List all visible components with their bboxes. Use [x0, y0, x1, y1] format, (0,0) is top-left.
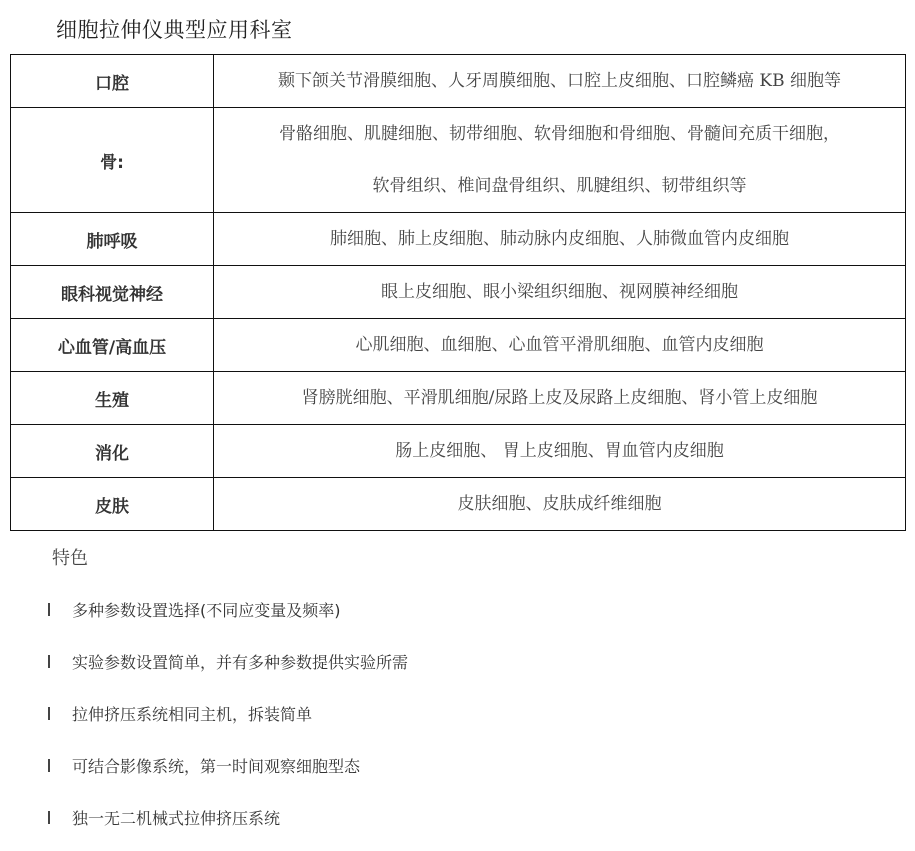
page-title: 细胞拉伸仪典型应用科室	[56, 14, 293, 44]
cell-types-cell: 皮肤细胞、皮肤成纤维细胞	[214, 478, 906, 531]
department-cell: 皮肤	[11, 478, 214, 531]
table-row: 皮肤 皮肤细胞、皮肤成纤维细胞	[11, 478, 906, 531]
table-row: 口腔 颞下颌关节滑膜细胞、人牙周膜细胞、口腔上皮细胞、口腔鳞癌 KB 细胞等	[11, 55, 906, 108]
table-row: 肺呼吸 肺细胞、肺上皮细胞、肺动脉内皮细胞、人肺微血管内皮细胞	[11, 213, 906, 266]
department-cell: 心血管/高血压	[11, 319, 214, 372]
table-row: 眼科视觉神经 眼上皮细胞、眼小梁组织细胞、视网膜神经细胞	[11, 266, 906, 319]
cell-types-text: 软骨组织、椎间盘骨组织、肌腱组织、韧带组织等	[214, 160, 905, 212]
feature-text: 独一无二机械式拉伸挤压系统	[72, 806, 280, 829]
bullet-bar-icon	[48, 655, 50, 668]
features-heading: 特色	[52, 544, 88, 570]
table-row: 生殖 肾膀胱细胞、平滑肌细胞/尿路上皮及尿路上皮细胞、肾小管上皮细胞	[11, 372, 906, 425]
cell-types-cell: 肾膀胱细胞、平滑肌细胞/尿路上皮及尿路上皮细胞、肾小管上皮细胞	[214, 372, 906, 425]
feature-item: 拉伸挤压系统相同主机，拆装简单	[48, 702, 312, 725]
feature-item: 可结合影像系统，第一时间观察细胞型态	[48, 754, 360, 777]
table-row: 消化 肠上皮细胞、 胃上皮细胞、胃血管内皮细胞	[11, 425, 906, 478]
cell-types-text: 颞下颌关节滑膜细胞、人牙周膜细胞、口腔上皮细胞、口腔鳞癌 KB 细胞等	[214, 55, 905, 107]
bullet-bar-icon	[48, 603, 50, 616]
department-cell: 眼科视觉神经	[11, 266, 214, 319]
cell-types-text: 骨骼细胞、肌腱细胞、韧带细胞、软骨细胞和骨细胞、骨髓间充质干细胞，	[214, 108, 905, 160]
cell-types-text: 肾膀胱细胞、平滑肌细胞/尿路上皮及尿路上皮细胞、肾小管上皮细胞	[214, 372, 905, 424]
cell-types-text: 肠上皮细胞、 胃上皮细胞、胃血管内皮细胞	[214, 425, 905, 477]
department-cell: 生殖	[11, 372, 214, 425]
cell-types-text: 心肌细胞、血细胞、心血管平滑肌细胞、血管内皮细胞	[214, 319, 905, 371]
feature-text: 拉伸挤压系统相同主机，拆装简单	[72, 702, 312, 725]
feature-text: 可结合影像系统，第一时间观察细胞型态	[72, 754, 360, 777]
feature-item: 独一无二机械式拉伸挤压系统	[48, 806, 280, 829]
cell-types-cell: 颞下颌关节滑膜细胞、人牙周膜细胞、口腔上皮细胞、口腔鳞癌 KB 细胞等	[214, 55, 906, 108]
department-cell: 口腔	[11, 55, 214, 108]
feature-text: 多种参数设置选择(不同应变量及频率)	[72, 598, 341, 621]
cell-types-text: 肺细胞、肺上皮细胞、肺动脉内皮细胞、人肺微血管内皮细胞	[214, 213, 905, 265]
bullet-bar-icon	[48, 811, 50, 824]
feature-text: 实验参数设置简单，并有多种参数提供实验所需	[72, 650, 408, 673]
bullet-bar-icon	[48, 759, 50, 772]
feature-item: 实验参数设置简单，并有多种参数提供实验所需	[48, 650, 408, 673]
applications-table: 口腔 颞下颌关节滑膜细胞、人牙周膜细胞、口腔上皮细胞、口腔鳞癌 KB 细胞等 骨…	[10, 54, 906, 531]
table-row: 心血管/高血压 心肌细胞、血细胞、心血管平滑肌细胞、血管内皮细胞	[11, 319, 906, 372]
department-cell: 消化	[11, 425, 214, 478]
table-row: 骨: 骨骼细胞、肌腱细胞、韧带细胞、软骨细胞和骨细胞、骨髓间充质干细胞， 软骨组…	[11, 108, 906, 213]
cell-types-cell: 骨骼细胞、肌腱细胞、韧带细胞、软骨细胞和骨细胞、骨髓间充质干细胞， 软骨组织、椎…	[214, 108, 906, 213]
department-cell: 肺呼吸	[11, 213, 214, 266]
feature-item: 多种参数设置选择(不同应变量及频率)	[48, 598, 341, 621]
cell-types-text: 眼上皮细胞、眼小梁组织细胞、视网膜神经细胞	[214, 266, 905, 318]
cell-types-text: 皮肤细胞、皮肤成纤维细胞	[214, 478, 905, 530]
department-cell: 骨:	[11, 108, 214, 213]
cell-types-cell: 肠上皮细胞、 胃上皮细胞、胃血管内皮细胞	[214, 425, 906, 478]
bullet-bar-icon	[48, 707, 50, 720]
cell-types-cell: 肺细胞、肺上皮细胞、肺动脉内皮细胞、人肺微血管内皮细胞	[214, 213, 906, 266]
cell-types-cell: 眼上皮细胞、眼小梁组织细胞、视网膜神经细胞	[214, 266, 906, 319]
cell-types-cell: 心肌细胞、血细胞、心血管平滑肌细胞、血管内皮细胞	[214, 319, 906, 372]
